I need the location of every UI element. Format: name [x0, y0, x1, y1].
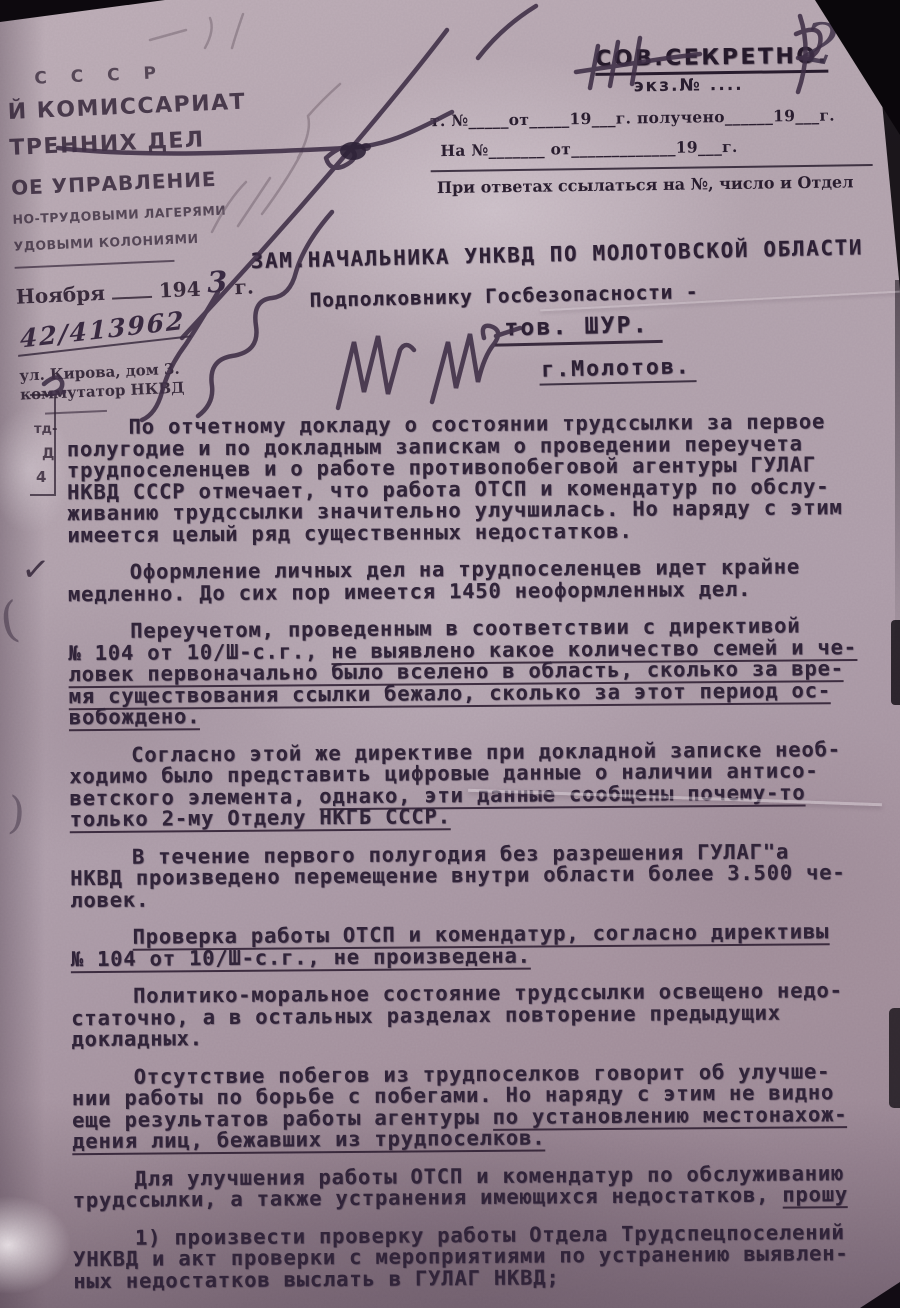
- body-paragraph: Переучетом, проведенным в соответствии с…: [68, 615, 889, 729]
- date-year-printed: 194: [158, 277, 201, 303]
- body-paragraph: Проверка работы ОТСП и комендатур, согла…: [71, 921, 891, 970]
- date-blank: [112, 282, 153, 300]
- body-paragraph: Оформление личных дел на трудпоселенцев …: [68, 556, 888, 605]
- margin-stamp-bracket: тд- Д 4: [30, 394, 56, 496]
- reply-note: При ответах ссылаться на №, число и Отде…: [437, 172, 891, 197]
- underlined-text: по установлению местонахож-: [492, 1102, 847, 1131]
- body-text-block: По отчетному докладу о состоянии трудссы…: [67, 411, 894, 1308]
- date-month: Ноября: [15, 281, 105, 309]
- stamp-letter-3: 4: [36, 468, 46, 486]
- letterhead-dept-line: ОЕ УПРАВЛЕНИЕ: [11, 165, 262, 200]
- letterhead-country: С С С Р: [34, 59, 257, 89]
- scan-corner-top-left: [0, 0, 165, 22]
- handwritten-outgoing-number: 42/413962: [18, 305, 191, 357]
- body-paragraph: Отсутствие побегов из трудпоселков говор…: [72, 1060, 893, 1152]
- body-line: № 104 от 10/Ш-с.г., не произведена.: [71, 942, 891, 970]
- scan-edge-right-thin: [895, 280, 900, 640]
- typed-text: докладных.: [71, 1026, 203, 1051]
- typed-text: трудссылки, а также устранения имеющихся…: [73, 1183, 783, 1213]
- handwritten-year-digit: 3: [206, 265, 228, 300]
- recipient-city: г.Молотов.: [539, 354, 697, 386]
- margin-checkmark: ✓: [22, 545, 49, 591]
- stamp-letter-1: тд-: [34, 422, 57, 437]
- typed-text: имеется целый ряд существенных недостатк…: [67, 518, 632, 546]
- scan-edge-nub-2: [889, 1008, 900, 1108]
- stamp-letter-2: Д: [42, 446, 54, 462]
- underlined-text: прошу: [782, 1182, 848, 1209]
- body-line: ных недостатков выслать в ГУЛАГ НКВД;: [73, 1264, 893, 1292]
- secrecy-stamp: СОВ.СЕКРЕТНО.: [595, 44, 829, 76]
- body-paragraph: Политико-моральное состояние трудссылки …: [71, 980, 891, 1051]
- body-paragraph: Для улучшения работы ОТСП и комендатур п…: [72, 1162, 892, 1211]
- header-rule: [431, 164, 873, 172]
- body-paragraph: По отчетному докладу о состоянии трудссы…: [67, 411, 888, 546]
- recipient-line1: ЗАМ.НАЧАЛЬНИКА УНКВД ПО МОЛОТОВСКОЙ ОБЛА…: [250, 235, 896, 274]
- typed-text: ловек.: [70, 887, 149, 912]
- ink-blot: [340, 142, 366, 160]
- body-paragraph: Согласно этой же директиве при докладной…: [69, 738, 890, 830]
- body-line: ветского элемента, однако, эти данные со…: [69, 781, 889, 809]
- letterhead-org-line1: Й КОМИССАРИАТ: [7, 89, 258, 126]
- body-line: трудссылки, а также устранения имеющихся…: [73, 1184, 893, 1212]
- underlined-text: только 2-му Отделу НКГБ СССР.: [70, 804, 451, 833]
- body-line: имеется целый ряд существенных недостатк…: [67, 518, 887, 546]
- body-paragraph: В течение первого полугодия без разрешен…: [70, 840, 890, 911]
- copy-number-line: экз.№ ....: [633, 73, 889, 97]
- underlined-text: вобождено.: [69, 704, 201, 731]
- margin-paren-close: ): [6, 787, 27, 839]
- form-line-reference: На №_______ от_____________19___г.: [440, 135, 890, 160]
- typed-text: ных недостатков выслать в ГУЛАГ НКВД;: [73, 1265, 559, 1293]
- letterhead-address: ул. Кирова, дом 3. коммутатор НКВД: [19, 356, 270, 405]
- body-paragraph: 1) произвести проверку работы Отдела Тру…: [73, 1221, 893, 1292]
- underlined-text: дения лиц, бежавших из трудпоселков.: [72, 1125, 545, 1155]
- body-line: мя существования ссылки бежало, сколько …: [69, 679, 889, 707]
- form-line-incoming: т. №_____от_____19___г. получено______19…: [430, 105, 890, 130]
- typed-text: медленно. До сих пор имеется 1450 неофор…: [68, 576, 752, 605]
- document-page: С С С Р Й КОМИССАРИАТ ТРЕННИХ ДЕЛ ОЕ УПР…: [0, 0, 900, 1308]
- ink-blot-small: [361, 143, 371, 151]
- recipient-block: ЗАМ.НАЧАЛЬНИКА УНКВД ПО МОЛОТОВСКОЙ ОБЛА…: [236, 235, 899, 393]
- recipient-name: тов. ШУР.: [494, 312, 663, 347]
- underlined-text: № 104 от 10/Ш-с.г., не произведена.: [71, 943, 531, 973]
- letterhead-sub-line2: УДОВЫМИ КОЛОНИЯМИ: [13, 228, 263, 254]
- margin-paren-open: (: [0, 591, 23, 649]
- cursive-loop: [326, 147, 355, 167]
- letterhead-divider: [15, 260, 175, 269]
- letterhead-org-line2: ТРЕННИХ ДЕЛ: [9, 125, 260, 162]
- typed-text: статочно, а в остальных разделах повторе…: [71, 1000, 781, 1030]
- letterhead-sub-line1: НО-ТРУДОВЫМИ ЛАГЕРЯМИ: [12, 201, 262, 227]
- body-line: дения лиц, бежавших из трудпоселков.: [72, 1125, 892, 1153]
- body-line: медленно. До сих пор имеется 1450 неофор…: [68, 577, 888, 605]
- letterhead-block: С С С Р Й КОМИССАРИАТ ТРЕННИХ ДЕЛ ОЕ УПР…: [6, 59, 271, 416]
